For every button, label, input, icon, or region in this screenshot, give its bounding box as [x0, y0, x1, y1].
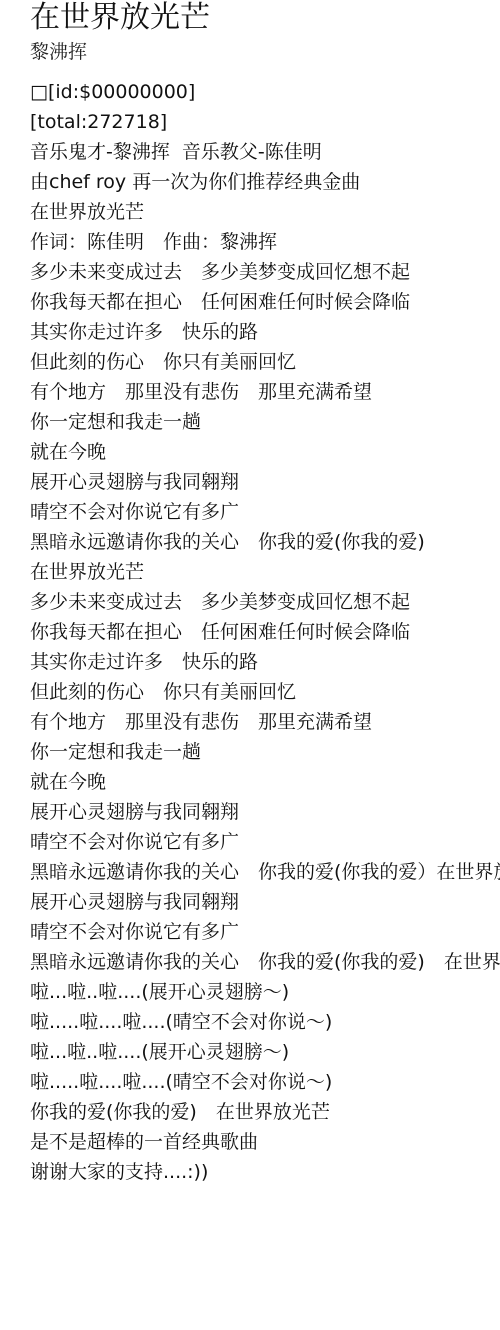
- lyric-line: 啦...啦..啦....(展开心灵翅膀～): [30, 977, 500, 1007]
- lyric-line: □[id:$00000000]: [30, 77, 500, 107]
- lyric-line: 啦.....啦....啦....(晴空不会对你说～): [30, 1007, 500, 1037]
- lyric-line: 啦.....啦....啦....(晴空不会对你说～): [30, 1067, 500, 1097]
- lyric-line: 晴空不会对你说它有多广: [30, 917, 500, 947]
- lyric-line: 晴空不会对你说它有多广: [30, 827, 500, 857]
- lyric-line: 多少未来变成过去 多少美梦变成回忆想不起: [30, 257, 500, 287]
- lyric-line: 在世界放光芒: [30, 557, 500, 587]
- lyric-line: 就在今晚: [30, 767, 500, 797]
- lyric-line: 你我的爱(你我的爱) 在世界放光芒: [30, 1097, 500, 1127]
- lyric-line: 音乐鬼才-黎沸挥 音乐教父-陈佳明: [30, 137, 500, 167]
- lyric-line: 但此刻的伤心 你只有美丽回忆: [30, 347, 500, 377]
- lyric-line: 是不是超棒的一首经典歌曲: [30, 1127, 500, 1157]
- lyric-line: 其实你走过许多 快乐的路: [30, 647, 500, 677]
- lyric-line: 作词：陈佳明 作曲：黎沸挥: [30, 227, 500, 257]
- lyric-line: 但此刻的伤心 你只有美丽回忆: [30, 677, 500, 707]
- song-title: 在世界放光芒: [30, 0, 210, 36]
- lyric-line: 晴空不会对你说它有多广: [30, 497, 500, 527]
- lyric-line: 黑暗永远邀请你我的关心 你我的爱(你我的爱）在世界放光芒: [30, 857, 500, 887]
- lyric-line: 谢谢大家的支持....:)): [30, 1157, 500, 1187]
- lyric-line: 有个地方 那里没有悲伤 那里充满希望: [30, 377, 500, 407]
- lyric-line: 其实你走过许多 快乐的路: [30, 317, 500, 347]
- lyric-line: 你一定想和我走一趟: [30, 737, 500, 767]
- artist-name: 黎沸挥: [30, 39, 87, 65]
- lyric-line: 展开心灵翅膀与我同翱翔: [30, 797, 500, 827]
- lyric-line: 在世界放光芒: [30, 197, 500, 227]
- lyric-line: 你我每天都在担心 任何困难任何时候会降临: [30, 617, 500, 647]
- lyric-line: 你我每天都在担心 任何困难任何时候会降临: [30, 287, 500, 317]
- lyric-line: 展开心灵翅膀与我同翱翔: [30, 887, 500, 917]
- lyric-line: 啦...啦..啦....(展开心灵翅膀～): [30, 1037, 500, 1067]
- lyric-line: 就在今晚: [30, 437, 500, 467]
- lyric-line: 黑暗永远邀请你我的关心 你我的爱(你我的爱) 在世界放光芒: [30, 947, 500, 977]
- lyric-line: 多少未来变成过去 多少美梦变成回忆想不起: [30, 587, 500, 617]
- lyric-line: 由chef roy 再一次为你们推荐经典金曲: [30, 167, 500, 197]
- lyrics-list: □[id:$00000000] [total:272718] 音乐鬼才-黎沸挥 …: [30, 77, 500, 1187]
- lyric-line: [total:272718]: [30, 107, 500, 137]
- lyric-line: 有个地方 那里没有悲伤 那里充满希望: [30, 707, 500, 737]
- lyric-line: 展开心灵翅膀与我同翱翔: [30, 467, 500, 497]
- lyric-line: 你一定想和我走一趟: [30, 407, 500, 437]
- lyric-line: 黑暗永远邀请你我的关心 你我的爱(你我的爱): [30, 527, 500, 557]
